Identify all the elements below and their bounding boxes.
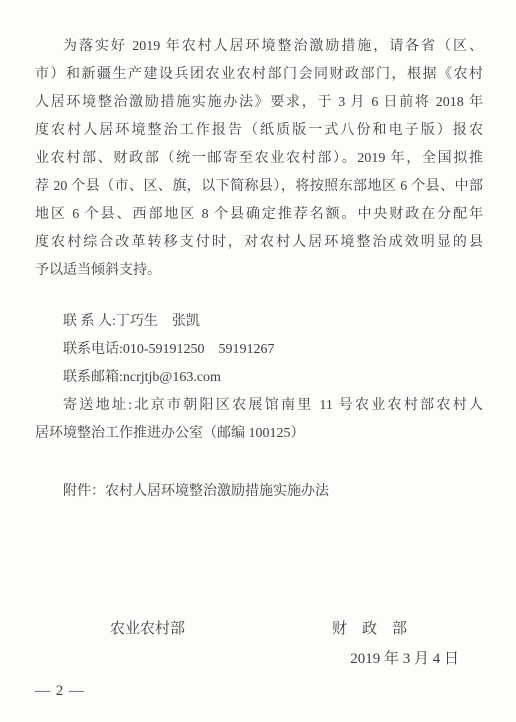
contact-person-line: 联 系 人:丁巧生 张凯 <box>35 308 483 336</box>
paragraph-line: 市）和新疆生产建设兵团农业农村部门会同财政部门，根据《农村 <box>35 61 483 89</box>
signature-row: 农业农村部 财 政 部 <box>35 615 483 643</box>
paragraph-line: 荐 20 个县（市、区、旗，以下简称县），将按照东部地区 6 个县、中部 <box>35 173 483 201</box>
signatory-right-org: 财 政 部 <box>332 615 407 643</box>
contact-email-line: 联系邮箱:ncrjtjb@163.com <box>35 364 483 392</box>
paragraph-line: 度农村人居环境整治工作报告（纸质版一式八份和电子版）报农 <box>35 117 483 145</box>
signatory-left-org: 农业农村部 <box>110 615 185 643</box>
attachment-reference-line: 附件：农村人居环境整治激励措施实施办法 <box>35 478 483 506</box>
signature-date: 2019 年 3 月 4 日 <box>35 645 483 673</box>
paragraph-line: 地区 6 个县、西部地区 8 个县确定推荐名额。中央财政在分配年 <box>35 201 483 229</box>
paragraph-line: 业农村部、财政部（统一邮寄至农业农村部）。2019 年，全国拟推 <box>35 145 483 173</box>
page-number: — 2 — <box>35 680 85 702</box>
paragraph-line: 度农村综合改革转移支付时，对农村人居环境整治成效明显的县 <box>35 229 483 257</box>
mailing-address-line-2: 居环境整治工作推进办公室（邮编 100125） <box>35 420 483 448</box>
paragraph-line: 为落实好 2019 年农村人居环境整治激励措施，请各省（区、 <box>35 33 483 61</box>
contact-info-block: 联 系 人:丁巧生 张凯 联系电话:010-59191250 59191267 … <box>35 308 483 448</box>
document-page: 为落实好 2019 年农村人居环境整治激励措施，请各省（区、 市）和新疆生产建设… <box>0 0 516 722</box>
body-paragraph: 为落实好 2019 年农村人居环境整治激励措施，请各省（区、 市）和新疆生产建设… <box>35 33 483 285</box>
paragraph-line: 予以适当倾斜支持。 <box>35 257 483 285</box>
contact-phone-line: 联系电话:010-59191250 59191267 <box>35 336 483 364</box>
document-content: 为落实好 2019 年农村人居环境整治激励措施，请各省（区、 市）和新疆生产建设… <box>35 33 483 673</box>
mailing-address-line-1: 寄送地址:北京市朝阳区农展馆南里 11 号农业农村部农村人 <box>35 392 483 420</box>
paragraph-line: 人居环境整治激励措施实施办法》要求，于 3 月 6 日前将 2018 年 <box>35 89 483 117</box>
